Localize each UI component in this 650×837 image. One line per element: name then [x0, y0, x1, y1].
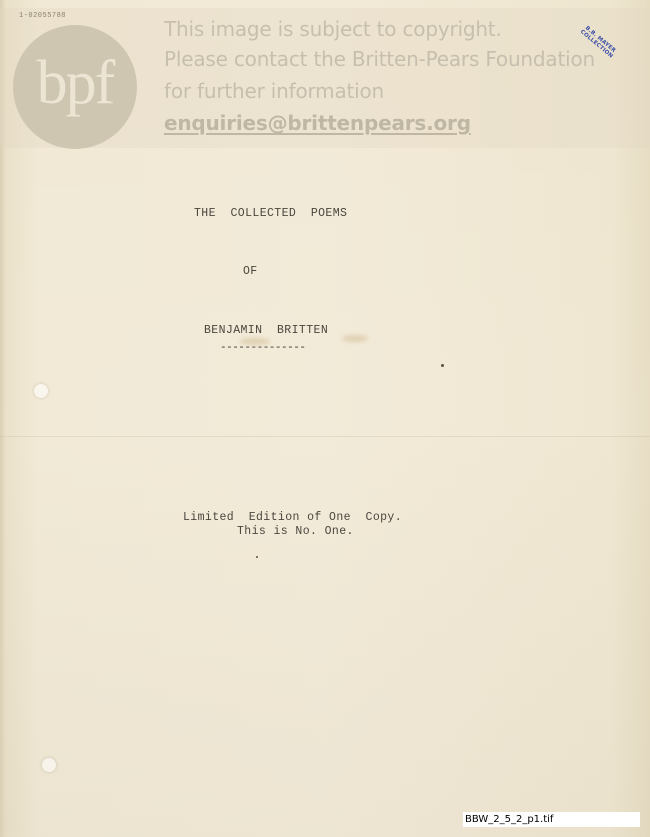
copyright-notice-line3: for further information — [164, 79, 384, 103]
file-name-label: BBW_2_5_2_p1.tif — [463, 812, 640, 827]
ink-speck — [441, 364, 444, 367]
document-title: THE COLLECTED POEMS — [194, 207, 347, 220]
paper-stain — [342, 335, 368, 342]
archive-number: 1-02055788 — [19, 12, 66, 20]
document-author: BENJAMIN BRITTEN — [204, 324, 328, 337]
staple-mark — [34, 384, 48, 398]
edition-statement: Limited Edition of One Copy. — [183, 511, 402, 524]
contact-email-link[interactable]: enquiries@brittenpears.org — [164, 111, 471, 135]
document-of: OF — [243, 265, 258, 278]
copy-number: This is No. One. — [237, 525, 354, 538]
copyright-notice-line1: This image is subject to copyright. — [164, 17, 502, 41]
ink-speck — [256, 556, 258, 558]
document-page: bpf 1-02055788 This image is subject to … — [0, 0, 650, 837]
bpf-logo: bpf — [13, 25, 137, 149]
fold-line — [0, 436, 650, 437]
paper-stain — [240, 338, 270, 345]
copyright-notice-line2: Please contact the Britten-Pears Foundat… — [164, 47, 595, 71]
staple-mark — [42, 758, 56, 772]
